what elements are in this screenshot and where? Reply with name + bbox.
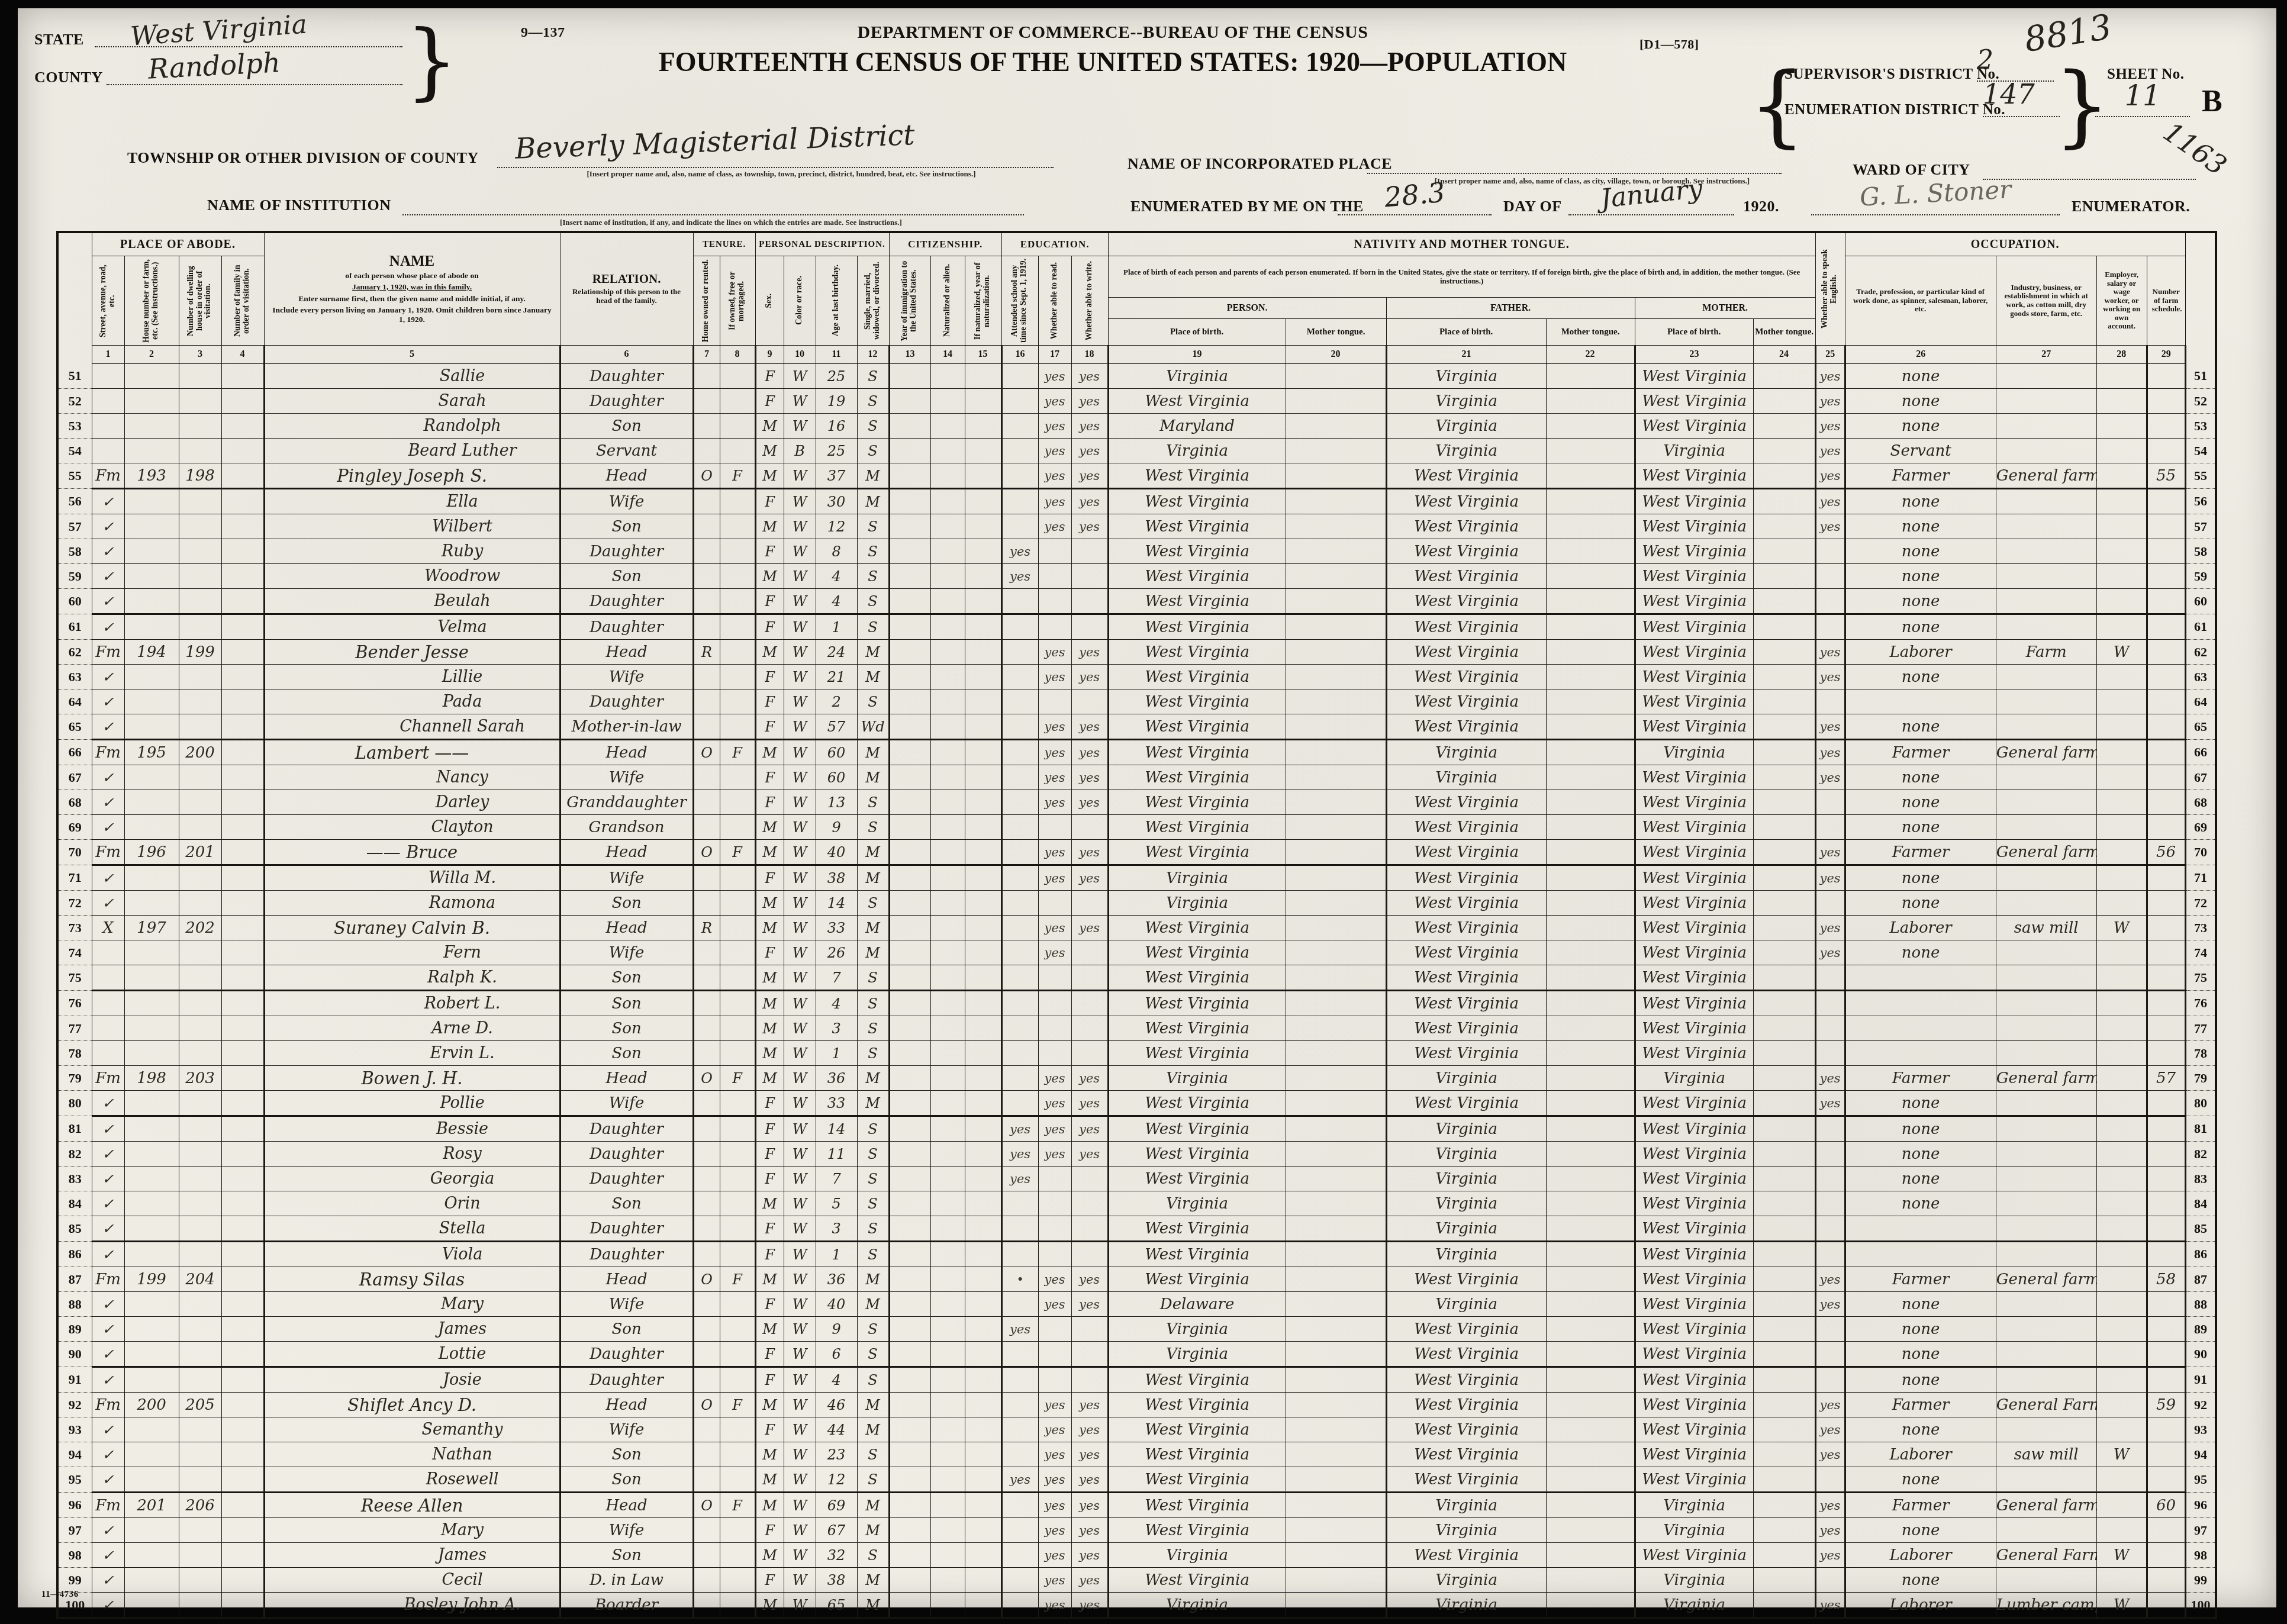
cell-col29: [2147, 1467, 2185, 1493]
row-number-left: 61: [57, 614, 92, 640]
cell-col2: [124, 564, 179, 589]
cell-col16: [1001, 991, 1038, 1016]
cell-col8: [720, 539, 755, 564]
row-number-left: 77: [57, 1016, 92, 1041]
cell-col10: W: [784, 364, 816, 389]
cell-col20: [1286, 1367, 1386, 1393]
cell-col10: W: [784, 1142, 816, 1167]
mother-tongue: Mother tongue.: [1753, 319, 1815, 346]
township-line: Beverly Magisterial District: [497, 125, 1054, 168]
cell-col6: Granddaughter: [560, 790, 693, 815]
cell-col27: [1996, 1216, 2096, 1242]
cell-col7: [693, 1593, 720, 1619]
table-row: 85✓StellaDaughterFW3SWest VirginiaVirgin…: [57, 1216, 2216, 1242]
cell-col20: [1286, 1417, 1386, 1442]
cell-col27: General farm: [1996, 1066, 2096, 1091]
cell-col2: [124, 765, 179, 790]
cell-col28: [2096, 1568, 2147, 1593]
cell-col15: [965, 665, 1001, 689]
cell-col20: [1286, 815, 1386, 840]
supervisor-value: 2: [1977, 45, 1993, 75]
row-number-right: 9220: [2185, 1393, 2216, 1417]
cell-col24: [1753, 1016, 1815, 1041]
cell-col20: [1286, 414, 1386, 439]
cell-col29: [2147, 1167, 2185, 1191]
cell-col25: [1815, 1367, 1845, 1393]
cell-col24: [1753, 1267, 1815, 1292]
col-number-22: 22: [1546, 346, 1635, 364]
cell-col25: [1815, 815, 1845, 840]
cell-col25: [1815, 1041, 1845, 1066]
cell-col18: yes: [1071, 364, 1108, 389]
cell-col4: [221, 414, 264, 439]
cell-col4: [221, 1442, 264, 1467]
cell-col8: [720, 364, 755, 389]
cell-col27: [1996, 1191, 2096, 1216]
cell-col10: W: [784, 765, 816, 790]
cell-col15: [965, 689, 1001, 714]
cell-col4: [221, 614, 264, 640]
row-number-right: 54960: [2185, 439, 2216, 463]
cell-col8: [720, 439, 755, 463]
row-number-left: 97: [57, 1518, 92, 1543]
row-number-right: 84: [2185, 1191, 2216, 1216]
cell-col23: West Virginia: [1635, 1442, 1753, 1467]
row-number-left: 75: [57, 965, 92, 991]
cell-col26: Farmer: [1845, 463, 1996, 489]
cell-col22: [1546, 514, 1635, 539]
cell-col4: [221, 463, 264, 489]
cell-col7: [693, 1016, 720, 1041]
col-number-1: 1: [92, 346, 124, 364]
cell-col14: [930, 1091, 965, 1116]
cell-col25: yes: [1815, 916, 1845, 940]
cell-col4: [221, 790, 264, 815]
cell-col12: S: [857, 414, 889, 439]
cell-col24: [1753, 364, 1815, 389]
cell-col6: Grandson: [560, 815, 693, 840]
cell-col5: Pollie: [264, 1091, 560, 1116]
cell-col21: West Virginia: [1386, 1543, 1546, 1568]
enumerated-year: 1920.: [1743, 198, 1779, 215]
cell-col5: Suraney Calvin B.: [264, 916, 560, 940]
cell-col1: ✓: [92, 1091, 124, 1116]
cell-col3: [179, 1593, 221, 1619]
cell-col4: [221, 1091, 264, 1116]
cell-col5: Lambert ——: [264, 740, 560, 765]
cell-col24: [1753, 1142, 1815, 1167]
cell-col8: F: [720, 1267, 755, 1292]
cell-col4: [221, 439, 264, 463]
cell-col14: [930, 840, 965, 865]
cell-col18: [1071, 965, 1108, 991]
cell-col17: [1038, 991, 1071, 1016]
cell-col29: [2147, 665, 2185, 689]
row-number-left: 57: [57, 514, 92, 539]
cell-col28: [2096, 514, 2147, 539]
cell-col20: [1286, 1216, 1386, 1242]
cell-col7: [693, 940, 720, 965]
cell-col22: [1546, 1016, 1635, 1041]
cell-col25: [1815, 1342, 1845, 1367]
cell-col16: [1001, 1066, 1038, 1091]
table-row: 53RandolphSonMW16SyesyesMarylandVirginia…: [57, 414, 2216, 439]
cell-col2: [124, 714, 179, 740]
cell-col25: yes: [1815, 1518, 1845, 1543]
cell-col13: [889, 1593, 930, 1619]
cell-col18: yes: [1071, 714, 1108, 740]
cell-col26: none: [1845, 1467, 1996, 1493]
cell-col21: Virginia: [1386, 1216, 1546, 1242]
cell-col21: West Virginia: [1386, 891, 1546, 916]
cell-col15: [965, 1393, 1001, 1417]
cell-col13: [889, 840, 930, 865]
cell-col19: West Virginia: [1108, 714, 1286, 740]
cell-col23: West Virginia: [1635, 489, 1753, 514]
cell-col12: S: [857, 1116, 889, 1142]
cell-col14: [930, 1543, 965, 1568]
cell-col3: [179, 1216, 221, 1242]
cell-col9: M: [755, 1543, 784, 1568]
cell-col11: 69: [816, 1493, 857, 1518]
table-row: 81✓BessieDaughterFW14SyesyesyesWest Virg…: [57, 1116, 2216, 1142]
col-number-27: 27: [1996, 346, 2096, 364]
cell-col25: yes: [1815, 765, 1845, 790]
col-number-21: 21: [1386, 346, 1546, 364]
cell-col24: [1753, 790, 1815, 815]
cell-col25: [1815, 1167, 1845, 1191]
cell-col8: F: [720, 740, 755, 765]
cell-col20: [1286, 840, 1386, 865]
cell-col20: [1286, 439, 1386, 463]
row-number-left: 63: [57, 665, 92, 689]
cell-col1: ✓: [92, 1242, 124, 1267]
cell-col12: M: [857, 1292, 889, 1317]
cell-col9: F: [755, 1367, 784, 1393]
department-line: DEPARTMENT OF COMMERCE--BUREAU OF THE CE…: [669, 22, 1557, 43]
cell-col22: [1546, 1518, 1635, 1543]
cell-col8: [720, 1317, 755, 1342]
cell-col14: [930, 1116, 965, 1142]
row-number-right: 94290: [2185, 1442, 2216, 1467]
cell-col20: [1286, 1267, 1386, 1292]
cell-col15: [965, 414, 1001, 439]
cell-col18: yes: [1071, 1292, 1108, 1317]
cell-col13: [889, 1493, 930, 1518]
cell-col24: [1753, 1367, 1815, 1393]
row-number-left: 87: [57, 1267, 92, 1292]
cell-col4: [221, 665, 264, 689]
row-number-left: 66: [57, 740, 92, 765]
cell-col10: W: [784, 640, 816, 665]
table-row: 56✓EllaWifeFW30MyesyesWest VirginiaWest …: [57, 489, 2216, 514]
cell-col4: [221, 1393, 264, 1417]
cell-col20: [1286, 1242, 1386, 1267]
cell-col17: yes: [1038, 940, 1071, 965]
group-nativity: NATIVITY AND MOTHER TONGUE.: [1108, 232, 1815, 256]
cell-col1: Fm: [92, 1493, 124, 1518]
cell-col19: West Virginia: [1108, 740, 1286, 765]
cell-col24: [1753, 865, 1815, 891]
row-number-right: 69: [2185, 815, 2216, 840]
cell-col15: [965, 991, 1001, 1016]
cell-col27: [1996, 790, 2096, 815]
cell-col19: West Virginia: [1108, 1216, 1286, 1242]
cell-col17: [1038, 1242, 1071, 1267]
cell-col25: yes: [1815, 439, 1845, 463]
cell-col27: [1996, 564, 2096, 589]
cell-col6: Son: [560, 514, 693, 539]
cell-col28: [2096, 689, 2147, 714]
table-row: 93✓SemanthyWifeFW44MyesyesWest VirginiaW…: [57, 1417, 2216, 1442]
cell-col25: [1815, 1568, 1845, 1593]
cell-col14: [930, 1142, 965, 1167]
cell-col3: [179, 614, 221, 640]
cell-col3: [179, 790, 221, 815]
cell-col2: 193: [124, 463, 179, 489]
nativity-note: Place of birth of each person and parent…: [1108, 256, 1815, 298]
cell-col22: [1546, 1493, 1635, 1518]
cell-col6: Son: [560, 991, 693, 1016]
cell-col3: [179, 1342, 221, 1367]
cell-col11: 23: [816, 1442, 857, 1467]
cell-col22: [1546, 1066, 1635, 1091]
cell-col1: [92, 414, 124, 439]
cell-col22: [1546, 714, 1635, 740]
cell-col17: [1038, 1367, 1071, 1393]
cell-col6: Son: [560, 1442, 693, 1467]
cell-col3: [179, 539, 221, 564]
col-number-12: 12: [857, 346, 889, 364]
cell-col12: M: [857, 489, 889, 514]
cell-col26: none: [1845, 815, 1996, 840]
cell-col29: [2147, 740, 2185, 765]
cell-col2: [124, 815, 179, 840]
cell-col19: Delaware: [1108, 1292, 1286, 1317]
col-number-9: 9: [755, 346, 784, 364]
cell-col14: [930, 514, 965, 539]
cell-col5: Ramona: [264, 891, 560, 916]
cell-col13: [889, 1467, 930, 1493]
cell-col11: 24: [816, 640, 857, 665]
cell-col11: 3: [816, 1216, 857, 1242]
cell-col20: [1286, 1191, 1386, 1216]
cell-col23: West Virginia: [1635, 589, 1753, 614]
cell-col12: S: [857, 1317, 889, 1342]
cell-col3: [179, 1116, 221, 1142]
cell-col18: yes: [1071, 389, 1108, 414]
cell-col15: [965, 940, 1001, 965]
cell-col1: Fm: [92, 740, 124, 765]
row-number-left: 81: [57, 1116, 92, 1142]
cell-col25: yes: [1815, 865, 1845, 891]
cell-col11: 9: [816, 1317, 857, 1342]
cell-col18: yes: [1071, 1593, 1108, 1619]
cell-col19: West Virginia: [1108, 1568, 1286, 1593]
cell-col12: S: [857, 965, 889, 991]
cell-col19: West Virginia: [1108, 765, 1286, 790]
cell-col8: [720, 514, 755, 539]
cell-col14: [930, 439, 965, 463]
cell-col4: [221, 364, 264, 389]
cell-col16: [1001, 1442, 1038, 1467]
cell-col11: 12: [816, 1467, 857, 1493]
row-number-left: 83: [57, 1167, 92, 1191]
cell-col6: Wife: [560, 765, 693, 790]
cell-col12: S: [857, 1167, 889, 1191]
cell-col5: Viola: [264, 1242, 560, 1267]
cell-col28: [2096, 439, 2147, 463]
state-county-brace: }: [405, 13, 458, 109]
col-number-17: 17: [1038, 346, 1071, 364]
cell-col17: [1038, 1342, 1071, 1367]
cell-col4: [221, 714, 264, 740]
cell-col13: [889, 665, 930, 689]
cell-col14: [930, 916, 965, 940]
cell-col16: [1001, 1091, 1038, 1116]
row-number-right: 68: [2185, 790, 2216, 815]
cell-col26: none: [1845, 1142, 1996, 1167]
table-row: 72✓RamonaSonMW14SVirginiaWest VirginiaWe…: [57, 891, 2216, 916]
cell-col12: M: [857, 1091, 889, 1116]
cell-col28: [2096, 840, 2147, 865]
cell-col2: [124, 1593, 179, 1619]
cell-col14: [930, 714, 965, 740]
cell-col4: [221, 991, 264, 1016]
cell-col14: [930, 1216, 965, 1242]
cell-col6: Wife: [560, 1518, 693, 1543]
cell-col13: [889, 1393, 930, 1417]
cell-col18: yes: [1071, 640, 1108, 665]
col-number-8: 8: [720, 346, 755, 364]
cell-col27: Lumber camp: [1996, 1593, 2096, 1619]
cell-col13: [889, 539, 930, 564]
cell-col11: 65: [816, 1593, 857, 1619]
cell-col10: W: [784, 991, 816, 1016]
cell-col1: ✓: [92, 865, 124, 891]
cell-col1: Fm: [92, 640, 124, 665]
cell-col9: M: [755, 1267, 784, 1292]
cell-col20: [1286, 940, 1386, 965]
person-pob: Place of birth.: [1108, 319, 1286, 346]
cell-col18: yes: [1071, 916, 1108, 940]
cell-col4: [221, 740, 264, 765]
cell-col20: [1286, 1467, 1386, 1493]
cell-col1: Fm: [92, 1267, 124, 1292]
cell-col5: Nancy: [264, 765, 560, 790]
cell-col9: F: [755, 689, 784, 714]
mother-pob: Place of birth.: [1635, 319, 1753, 346]
row-number-left: 58: [57, 539, 92, 564]
cell-col26: Laborer: [1845, 1543, 1996, 1568]
cell-col16: [1001, 689, 1038, 714]
cell-col5: Velma: [264, 614, 560, 640]
cell-col6: Son: [560, 414, 693, 439]
form-number: 9—137: [521, 25, 565, 41]
cell-col16: yes: [1001, 564, 1038, 589]
cell-col2: [124, 364, 179, 389]
cell-col29: [2147, 539, 2185, 564]
col-head-14: Naturalized or alien.: [930, 256, 965, 346]
cell-col29: [2147, 1242, 2185, 1267]
cell-col16: yes: [1001, 1317, 1038, 1342]
cell-col27: General farm: [1996, 1493, 2096, 1518]
col-number-10: 10: [784, 346, 816, 364]
cell-col4: [221, 1593, 264, 1619]
right-margin-note: 012: [2214, 1543, 2216, 1566]
cell-col4: [221, 1041, 264, 1066]
cell-col3: 203: [179, 1066, 221, 1091]
cell-col17: yes: [1038, 1091, 1071, 1116]
cell-col25: [1815, 539, 1845, 564]
cell-col17: [1038, 1041, 1071, 1066]
cell-col13: [889, 1518, 930, 1543]
cell-col20: [1286, 991, 1386, 1016]
cell-col10: W: [784, 1593, 816, 1619]
cell-col17: yes: [1038, 1116, 1071, 1142]
row-number-left: 59: [57, 564, 92, 589]
subgroup-person: PERSON.: [1108, 298, 1386, 319]
col-number-3: 3: [179, 346, 221, 364]
cell-col23: Virginia: [1635, 740, 1753, 765]
cell-col28: [2096, 1267, 2147, 1292]
row-number-right: 93: [2185, 1417, 2216, 1442]
cell-col27: [1996, 891, 2096, 916]
cell-col8: [720, 1593, 755, 1619]
cell-col24: [1753, 539, 1815, 564]
enumerator-label: ENUMERATOR.: [2072, 198, 2190, 215]
cell-col25: [1815, 1191, 1845, 1216]
cell-col20: [1286, 790, 1386, 815]
cell-col27: [1996, 1568, 2096, 1593]
table-row: 59✓WoodrowSonMW4SyesWest VirginiaWest Vi…: [57, 564, 2216, 589]
col-number-26: 26: [1845, 346, 1996, 364]
cell-col29: [2147, 1518, 2185, 1543]
cell-col26: none: [1845, 414, 1996, 439]
cell-col6: Son: [560, 1041, 693, 1066]
cell-col21: West Virginia: [1386, 1267, 1546, 1292]
cell-col17: yes: [1038, 463, 1071, 489]
cell-col23: West Virginia: [1635, 1393, 1753, 1417]
cell-col10: W: [784, 815, 816, 840]
cell-col5: Semanthy: [264, 1417, 560, 1442]
cell-col2: [124, 1116, 179, 1142]
row-number-left: 84: [57, 1191, 92, 1216]
cell-col7: R: [693, 916, 720, 940]
right-margin-note: 290: [2214, 916, 2216, 939]
cell-col25: [1815, 1242, 1845, 1267]
cell-col6: Wife: [560, 1417, 693, 1442]
cell-col15: [965, 865, 1001, 891]
cell-col25: yes: [1815, 1593, 1845, 1619]
cell-col26: none: [1845, 1116, 1996, 1142]
cell-col12: S: [857, 614, 889, 640]
cell-col14: [930, 1518, 965, 1543]
cell-col29: [2147, 489, 2185, 514]
cell-col1: [92, 364, 124, 389]
cell-col2: [124, 539, 179, 564]
cell-col1: ✓: [92, 614, 124, 640]
cell-col15: [965, 765, 1001, 790]
cell-col25: yes: [1815, 1292, 1845, 1317]
cell-col26: [1845, 1242, 1996, 1267]
cell-col23: West Virginia: [1635, 1116, 1753, 1142]
cell-col6: Daughter: [560, 1116, 693, 1142]
cell-col24: [1753, 439, 1815, 463]
cell-col28: W: [2096, 916, 2147, 940]
cell-col1: ✓: [92, 815, 124, 840]
cell-col7: [693, 1116, 720, 1142]
